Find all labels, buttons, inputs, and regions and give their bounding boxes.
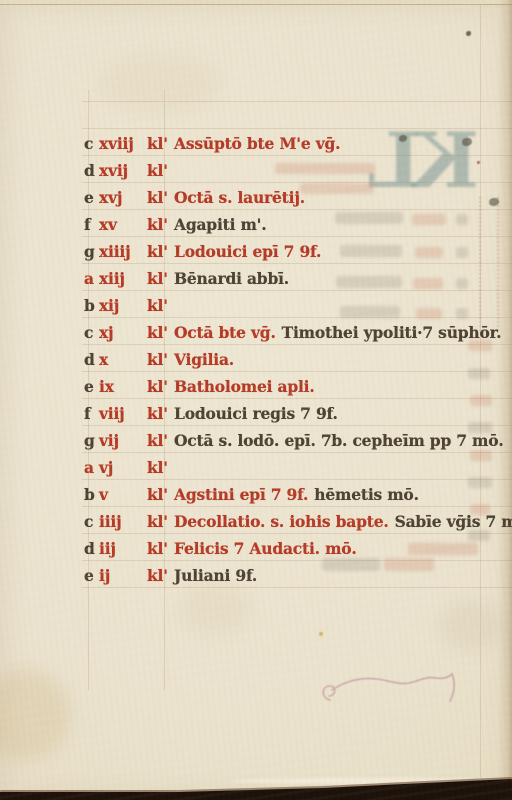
- manuscript-page: KL cxviijkl'Assūptō bte M'e vḡ.dxvijkl'e…: [0, 0, 512, 800]
- pen-flourish: [0, 0, 512, 800]
